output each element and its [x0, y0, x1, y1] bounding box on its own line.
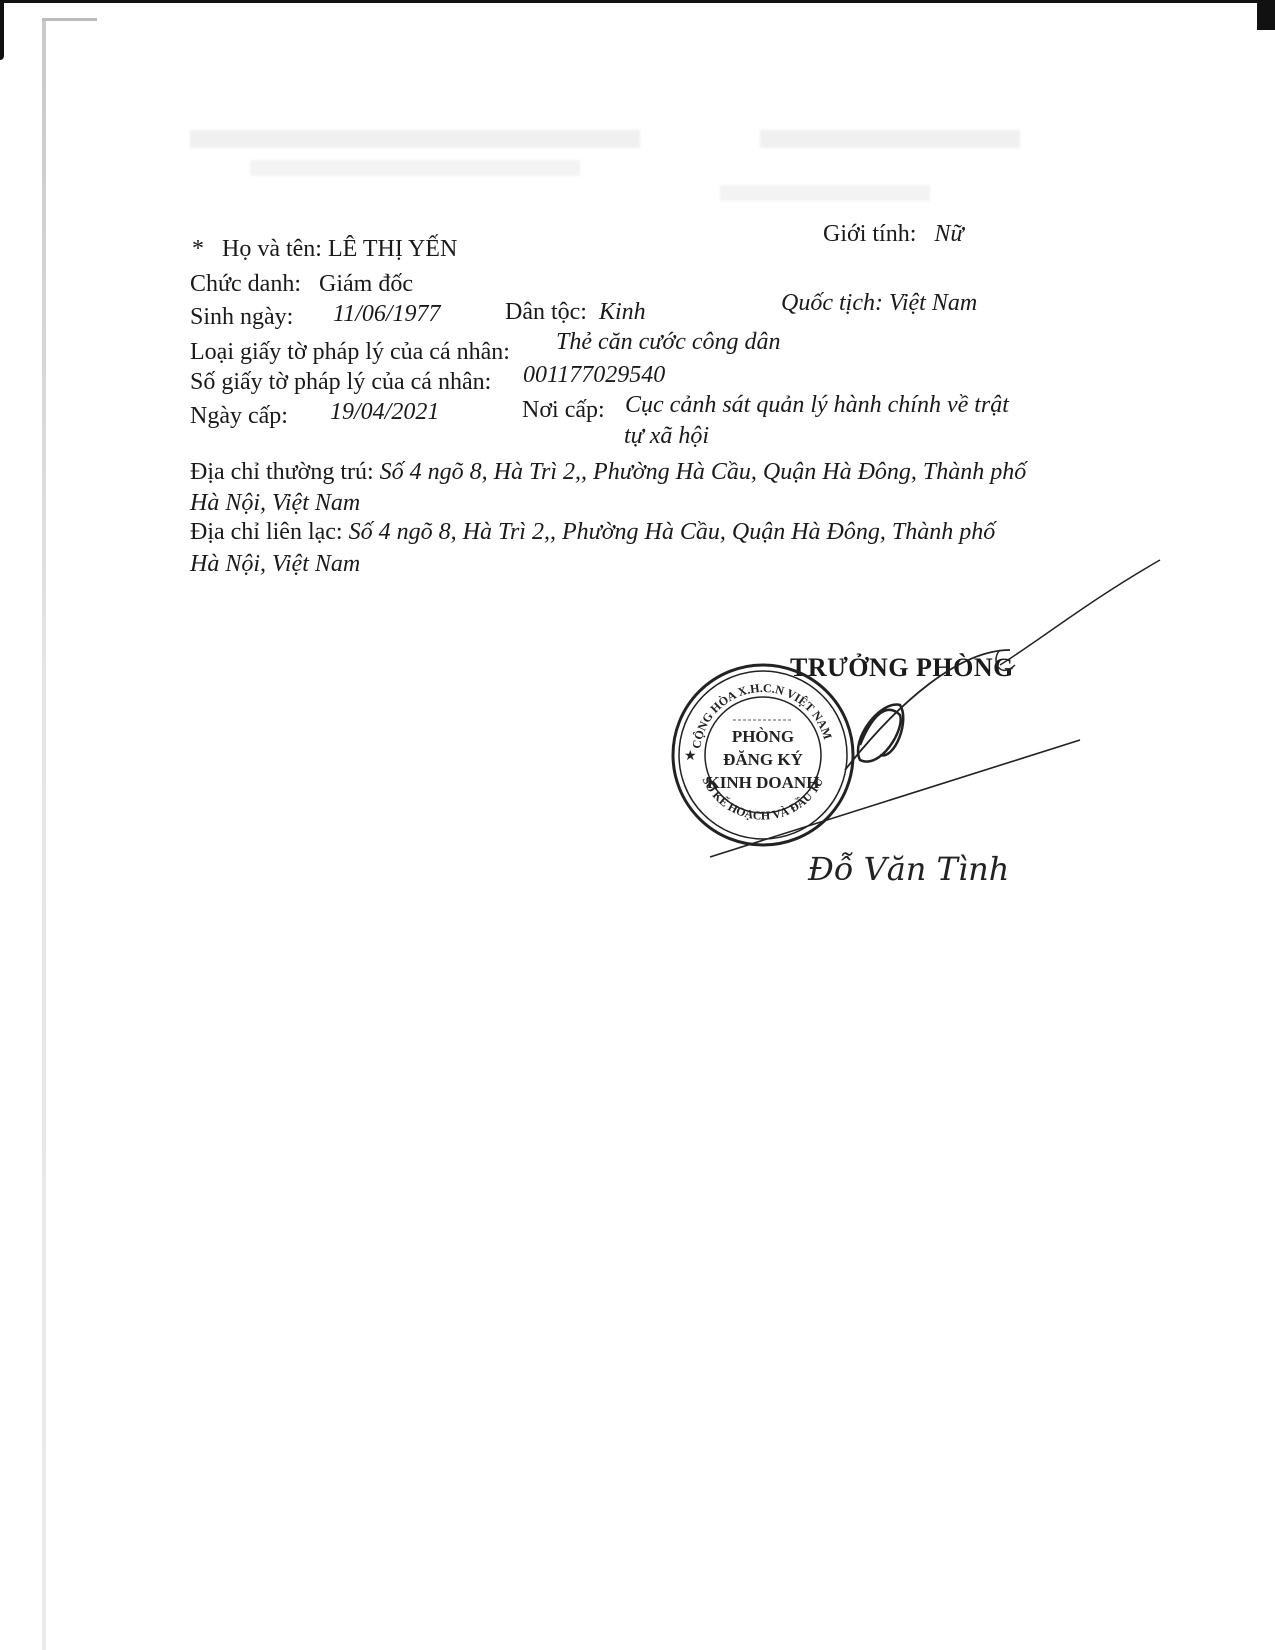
- handwritten-signature: [0, 0, 1275, 1650]
- signer-name: Đỗ Văn Tình: [808, 850, 1009, 888]
